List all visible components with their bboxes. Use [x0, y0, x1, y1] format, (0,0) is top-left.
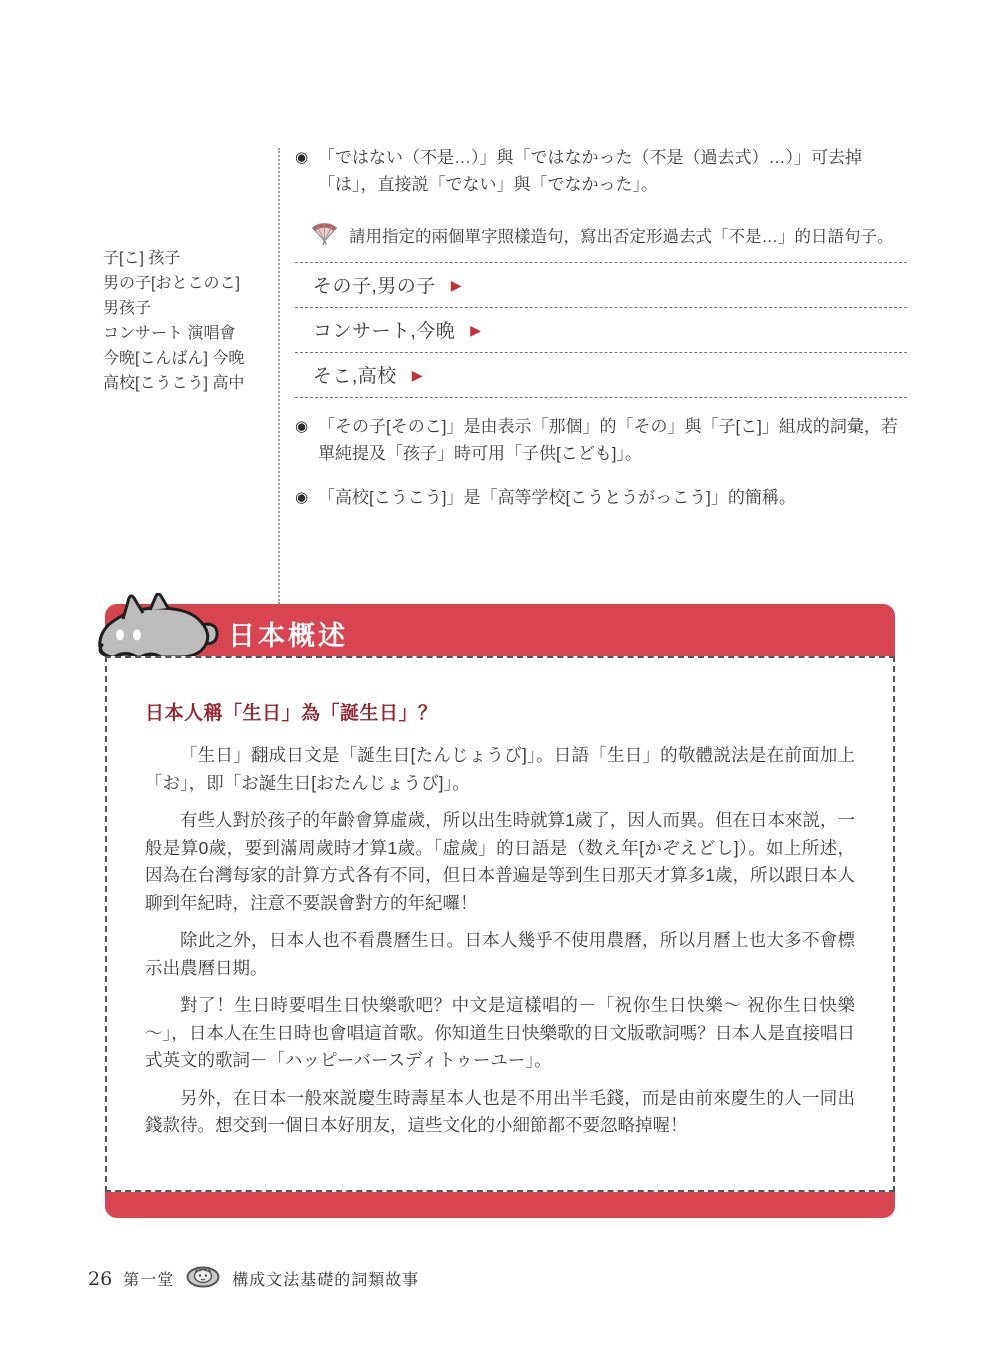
fisheye-bullet-icon: ◉	[295, 144, 308, 171]
grammar-note-3: ◉ 「高校[こうこう]」是「高等学校[こうとうがっこう]」的簡稱。	[295, 484, 907, 511]
grammar-note-2: ◉ 「その子[そのこ]」是由表示「那個」的「その」與「子[こ]」組成的詞彙，若單…	[295, 413, 907, 467]
chapter-title: 構成文法基礎的詞類故事	[232, 1267, 419, 1290]
grammar-note-3-text: 「高校[こうこう]」是「高等学校[こうとうがっこう]」的簡稱。	[318, 488, 796, 507]
culture-box-header: 日本概述	[105, 604, 895, 656]
exercise-list: その子,男の子 ▶ コンサート,今晩 ▶ そこ,高校 ▶	[295, 262, 907, 398]
exercise-prompt-text: 請用指定的兩個單字照樣造句，寫出否定形過去式「不是…」的日語句子。	[349, 223, 894, 247]
vocabulary-sidebar: 子[こ] 孩子 男の子[おとこのこ] 男孩子 コンサート 演唱會 今晩[こんばん…	[103, 246, 288, 396]
page-number: 26	[88, 1268, 112, 1290]
exercise-prompt-row: 請用指定的兩個單字照樣造句，寫出否定形過去式「不是…」的日語句子。	[309, 219, 907, 251]
exercise-cue: その子,男の子	[313, 271, 436, 298]
folding-fan-icon	[309, 219, 340, 251]
book-page: 子[こ] 孩子 男の子[おとこのこ] 男孩子 コンサート 演唱會 今晩[こんばん…	[0, 0, 1000, 1368]
grammar-note-1: ◉ 「ではない（不是…）」與「ではなかった（不是（過去式）…）」可去掉「は」，直…	[295, 144, 907, 198]
exercise-cue: コンサート,今晩	[313, 316, 455, 343]
culture-box-footer-bar	[105, 1192, 895, 1218]
vocab-line: 男孩子	[103, 296, 288, 321]
culture-box-body: 日本人稱「生日」為「誕生日」？ 「生日」翻成日文是「誕生日[たんじょうび]」。日…	[105, 656, 895, 1192]
fisheye-bullet-icon: ◉	[295, 413, 308, 440]
grammar-note-2-text: 「その子[そのこ]」是由表示「那個」的「その」與「子[こ]」組成的詞彙，若單純提…	[318, 417, 898, 463]
answer-arrow-icon: ▶	[470, 323, 481, 337]
culture-paragraph: 「生日」翻成日文是「誕生日[たんじょうび]」。日語「生日」的敬體説法是在前面加上…	[145, 742, 855, 797]
culture-paragraph: 另外，在日本一般來説慶生時壽星本人也是不用出半毛錢，而是由前來慶生的人一同出錢款…	[145, 1085, 855, 1140]
vocab-line: 子[こ] 孩子	[103, 246, 288, 271]
vocab-line: 高校[こうこう] 高中	[103, 371, 288, 396]
culture-paragraph: 除此之外，日本人也不看農曆生日。日本人幾乎不使用農曆，所以月曆上也大多不會標示出…	[145, 927, 855, 982]
grammar-section: ◉ 「ではない（不是…）」與「ではなかった（不是（過去式）…）」可去掉「は」，直…	[295, 144, 907, 511]
lying-dog-mascot-icon	[96, 593, 226, 663]
vocab-line: コンサート 演唱會	[103, 321, 288, 346]
culture-article-title: 日本人稱「生日」為「誕生日」？	[145, 698, 855, 725]
exercise-item: そこ,高校 ▶	[295, 353, 907, 398]
exercise-item: その子,男の子 ▶	[295, 263, 907, 308]
culture-paragraph: 有些人對於孩子的年齡會算虛歲，所以出生時就算1歲了，因人而異。但在日本來説，一般…	[145, 807, 855, 917]
vocab-line: 男の子[おとこのこ]	[103, 271, 288, 296]
culture-paragraph: 對了！生日時要唱生日快樂歌吧？中文是這樣唱的－「祝你生日快樂～ 祝你生日快樂～」…	[145, 992, 855, 1075]
exercise-item: コンサート,今晩 ▶	[295, 308, 907, 353]
answer-arrow-icon: ▶	[451, 278, 462, 292]
lesson-label: 第一堂	[123, 1267, 174, 1290]
fisheye-bullet-icon: ◉	[295, 484, 308, 511]
exercise-cue: そこ,高校	[313, 361, 397, 388]
grammar-note-1-text: 「ではない（不是…）」與「ではなかった（不是（過去式）…）」可去掉「は」，直接説…	[318, 148, 862, 194]
curled-dog-icon	[185, 1263, 221, 1294]
answer-arrow-icon: ▶	[412, 368, 423, 382]
page-footer: 26 第一堂 構成文法基礎的詞類故事	[88, 1263, 419, 1294]
vocab-line: 今晩[こんばん] 今晚	[103, 346, 288, 371]
culture-box-title-bar: 日本概述	[228, 614, 348, 653]
